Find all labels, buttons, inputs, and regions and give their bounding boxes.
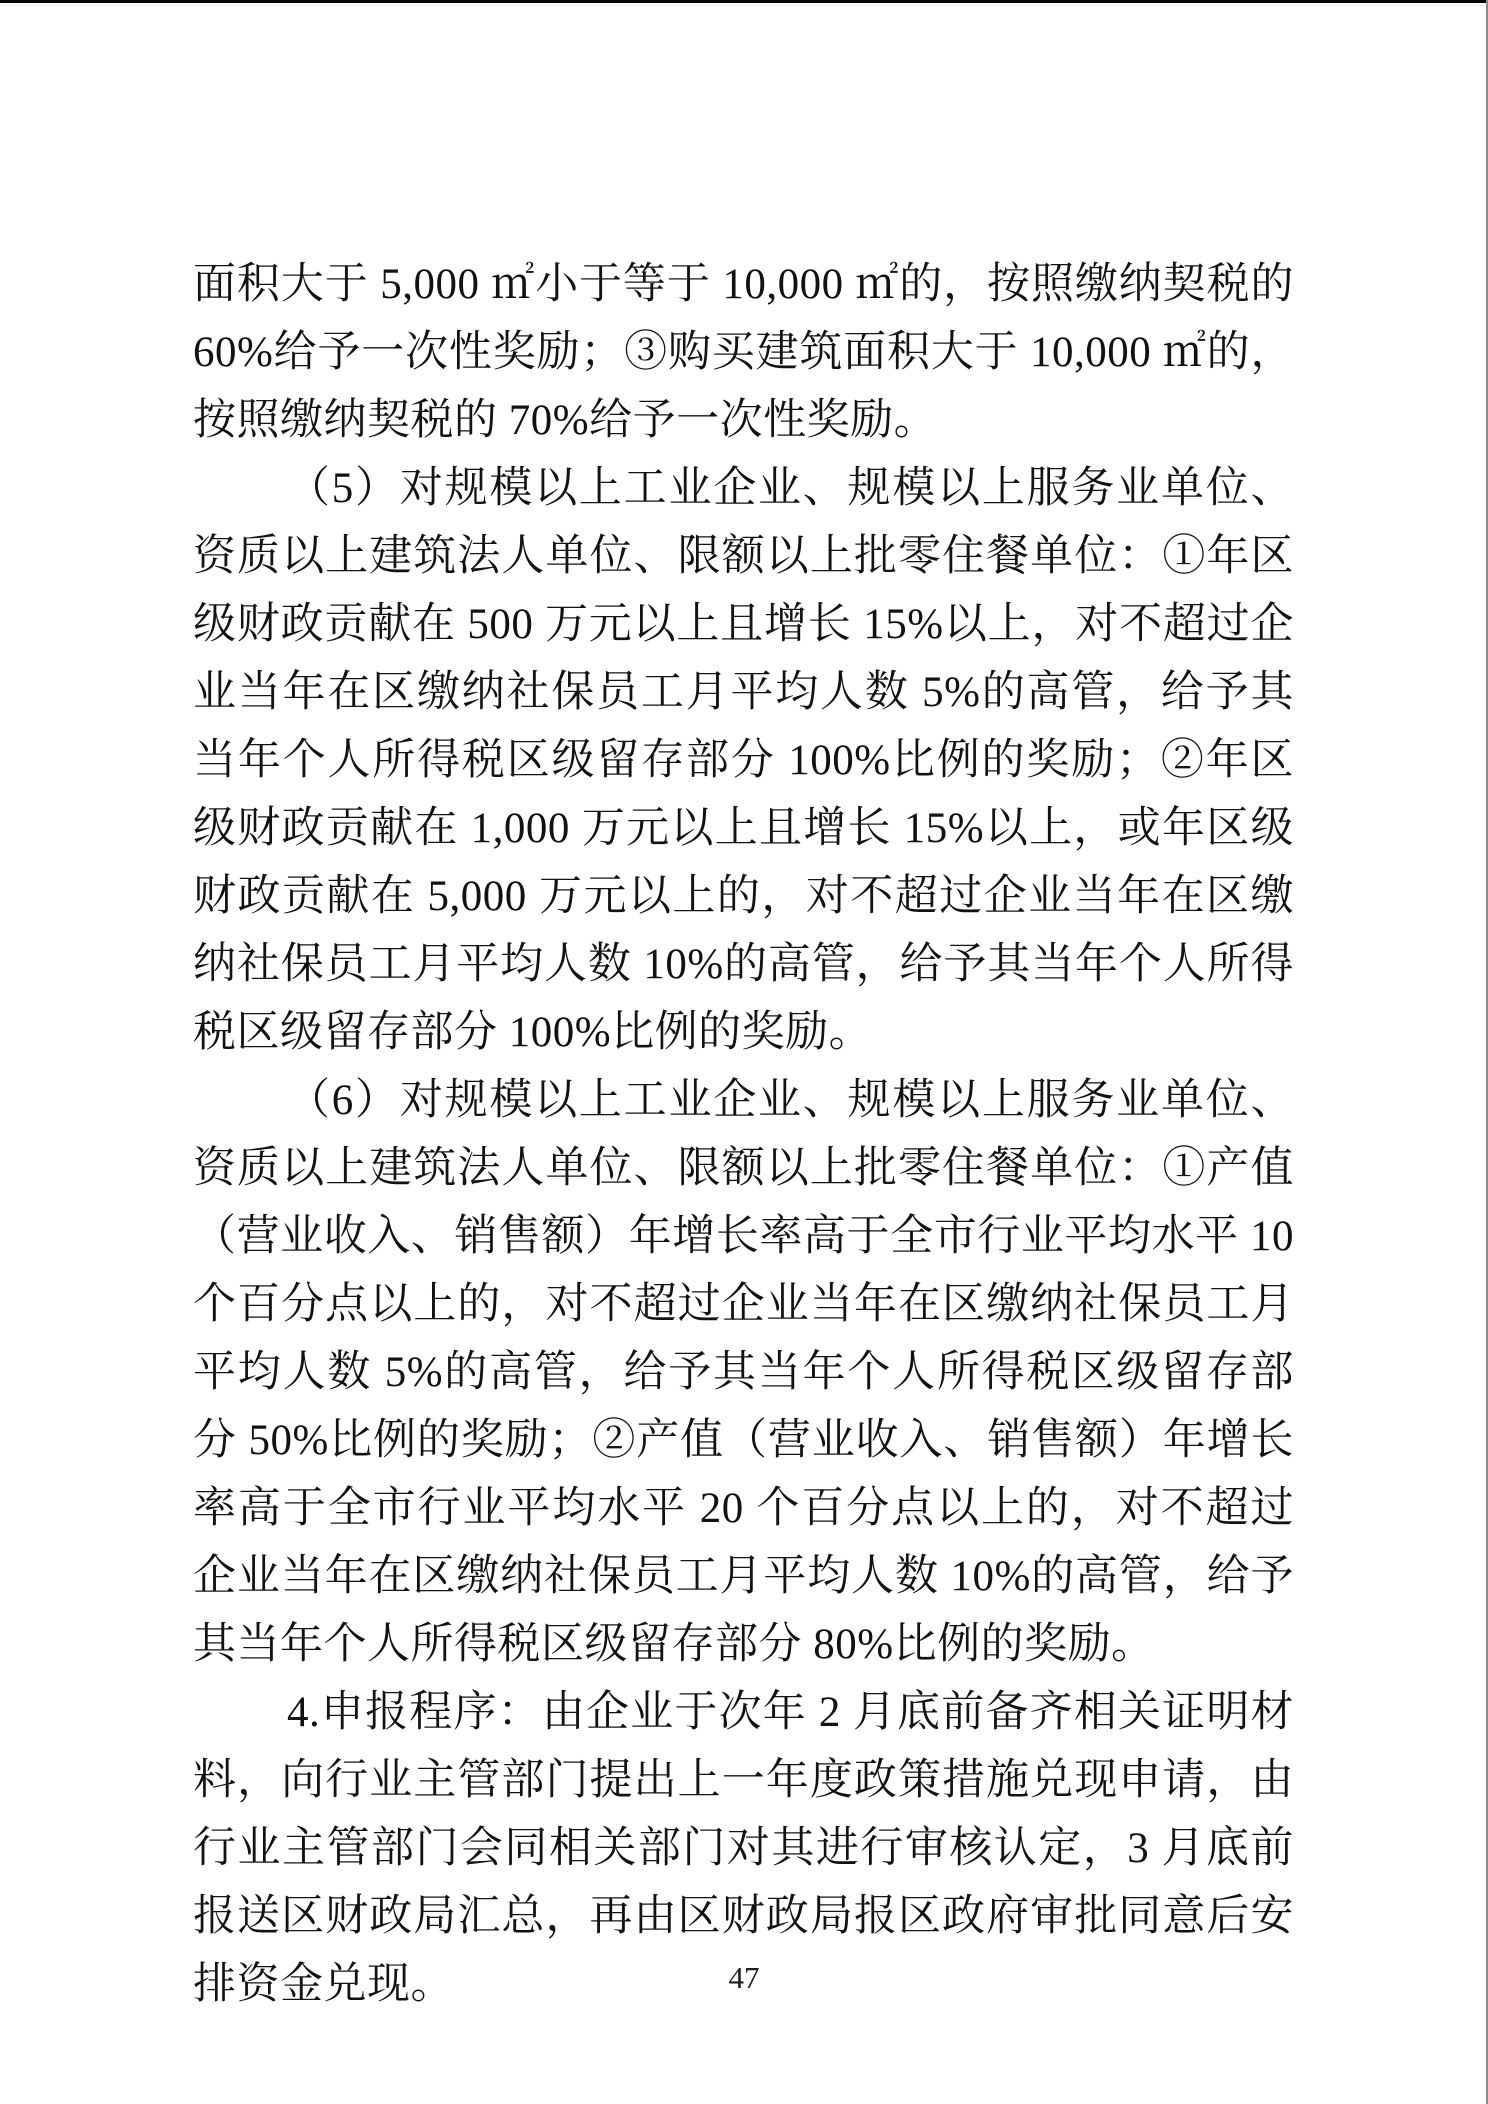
page-footer: 47 (0, 1958, 1488, 1998)
paragraph-clause-6: （6）对规模以上工业企业、规模以上服务业单位、资质以上建筑法人单位、限额以上批零… (193, 1067, 1294, 1679)
page-number: 47 (729, 1960, 760, 1995)
paragraph-clause-5: （5）对规模以上工业企业、规模以上服务业单位、资质以上建筑法人单位、限额以上批零… (193, 455, 1294, 1067)
paragraph-contract-tax-reward: 面积大于 5,000 ㎡小于等于 10,000 ㎡的，按照缴纳契税的 60%给予… (193, 251, 1294, 455)
scan-edge-top-shadow (0, 5, 1488, 6)
scan-edge-top (0, 0, 1488, 3)
document-body: 面积大于 5,000 ㎡小于等于 10,000 ㎡的，按照缴纳契税的 60%给予… (193, 251, 1294, 2019)
document-page: 面积大于 5,000 ㎡小于等于 10,000 ㎡的，按照缴纳契税的 60%给予… (0, 0, 1488, 2104)
